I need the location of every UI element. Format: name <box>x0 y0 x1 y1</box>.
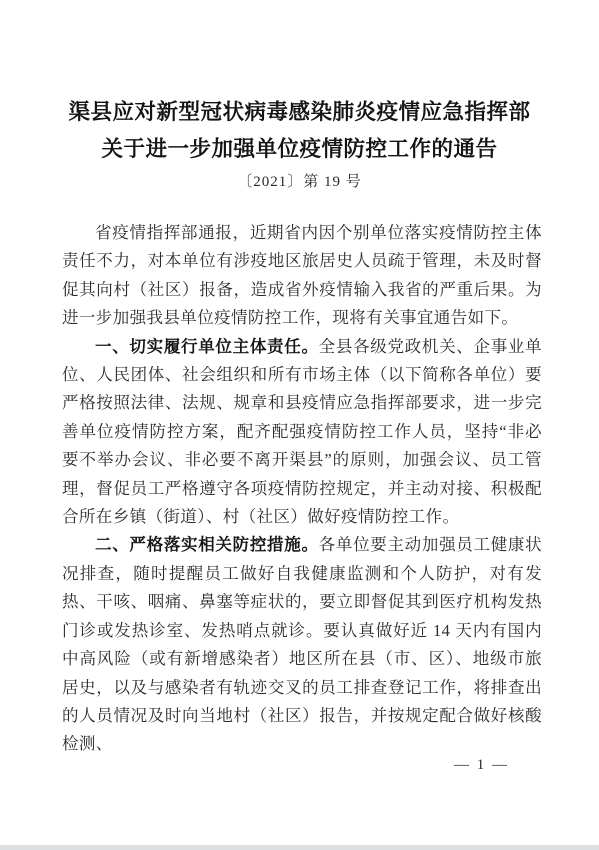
paragraph-intro-text: 省疫情指挥部通报，近期省内因个别单位落实疫情防控主体责任不力，对本单位有涉疫地区… <box>62 223 542 327</box>
page-bottom-edge <box>0 845 599 850</box>
paragraph-item-2-lead: 二、严格落实相关防控措施。 <box>95 536 319 554</box>
document-body: 省疫情指挥部通报，近期省内因个别单位落实疫情防控主体责任不力，对本单位有涉疫地区… <box>62 219 542 759</box>
document-title: 渠县应对新型冠状病毒感染肺炎疫情应急指挥部 关于进一步加强单位疫情防控工作的通告 <box>59 94 540 168</box>
paragraph-item-1: 一、切实履行单位主体责任。全县各级党政机关、企事业单位、人民团体、社会组织和所有… <box>62 333 542 532</box>
paragraph-item-1-text: 全县各级党政机关、企事业单位、人民团体、社会组织和所有市场主体（以下简称各单位）… <box>62 337 542 526</box>
paragraph-intro: 省疫情指挥部通报，近期省内因个别单位落实疫情防控主体责任不力，对本单位有涉疫地区… <box>62 219 542 333</box>
title-line-1: 渠县应对新型冠状病毒感染肺炎疫情应急指挥部 <box>59 94 540 131</box>
title-line-2: 关于进一步加强单位疫情防控工作的通告 <box>59 131 540 168</box>
document-page: 渠县应对新型冠状病毒感染肺炎疫情应急指挥部 关于进一步加强单位疫情防控工作的通告… <box>0 0 599 850</box>
paragraph-item-2-text: 各单位要主动加强员工健康状况排查，随时提醒员工做好自我健康监测和个人防护，对有发… <box>62 535 542 753</box>
document-header: 渠县应对新型冠状病毒感染肺炎疫情应急指挥部 关于进一步加强单位疫情防控工作的通告… <box>59 94 540 193</box>
paragraph-item-1-lead: 一、切实履行单位主体责任。 <box>95 338 319 356</box>
paragraph-item-2: 二、严格落实相关防控措施。各单位要主动加强员工健康状况排查，随时提醒员工做好自我… <box>62 531 542 758</box>
page-number: — 1 — <box>454 757 509 774</box>
document-number: 〔2021〕第 19 号 <box>59 171 540 193</box>
